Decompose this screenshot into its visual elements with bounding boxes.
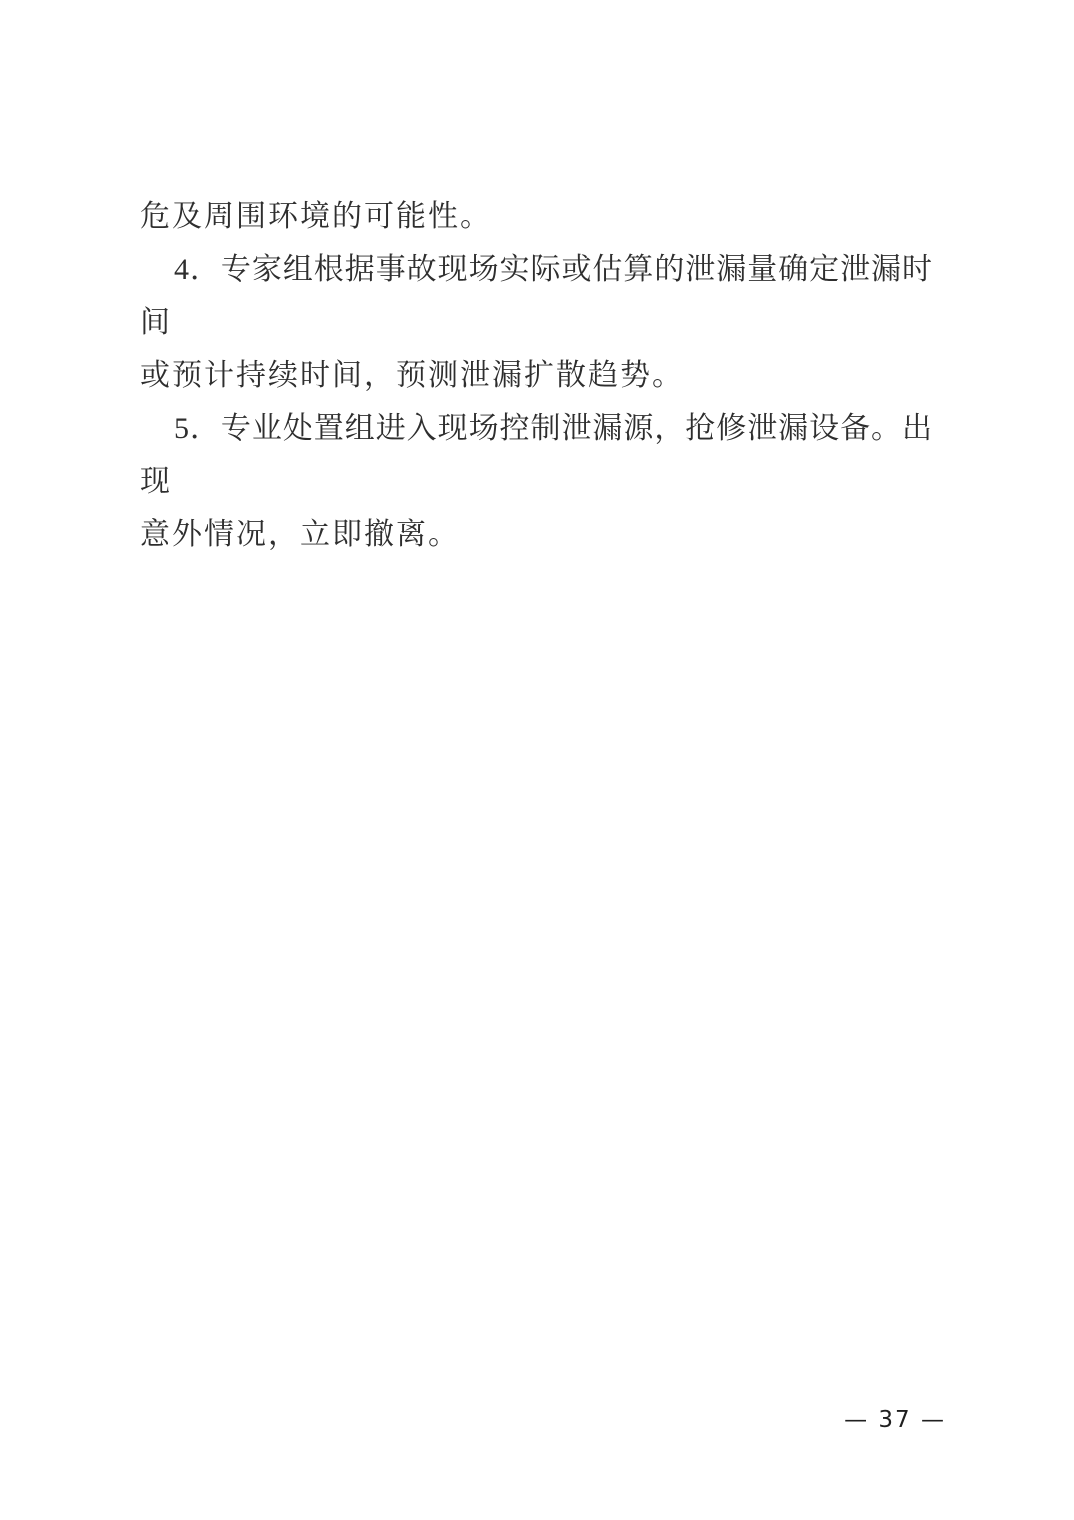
list-item-5-line-1: 5．专业处置组进入现场控制泄漏源，抢修泄漏设备。出现 [140,402,932,508]
document-page: 危及周围环境的可能性。 4．专家组根据事故现场实际或估算的泄漏量确定泄漏时间 或… [0,0,1074,1520]
page-number: — 37 — [844,1405,946,1435]
list-item-4-line-1: 4．专家组根据事故现场实际或估算的泄漏量确定泄漏时间 [140,243,932,349]
list-item-4-line-2: 或预计持续时间，预测泄漏扩散趋势。 [140,349,932,402]
paragraph-3-last-line: 危及周围环境的可能性。 [140,190,932,243]
list-item-5-line-2: 意外情况，立即撤离。 [140,508,932,561]
body-text: 危及周围环境的可能性。 4．专家组根据事故现场实际或估算的泄漏量确定泄漏时间 或… [140,190,932,561]
